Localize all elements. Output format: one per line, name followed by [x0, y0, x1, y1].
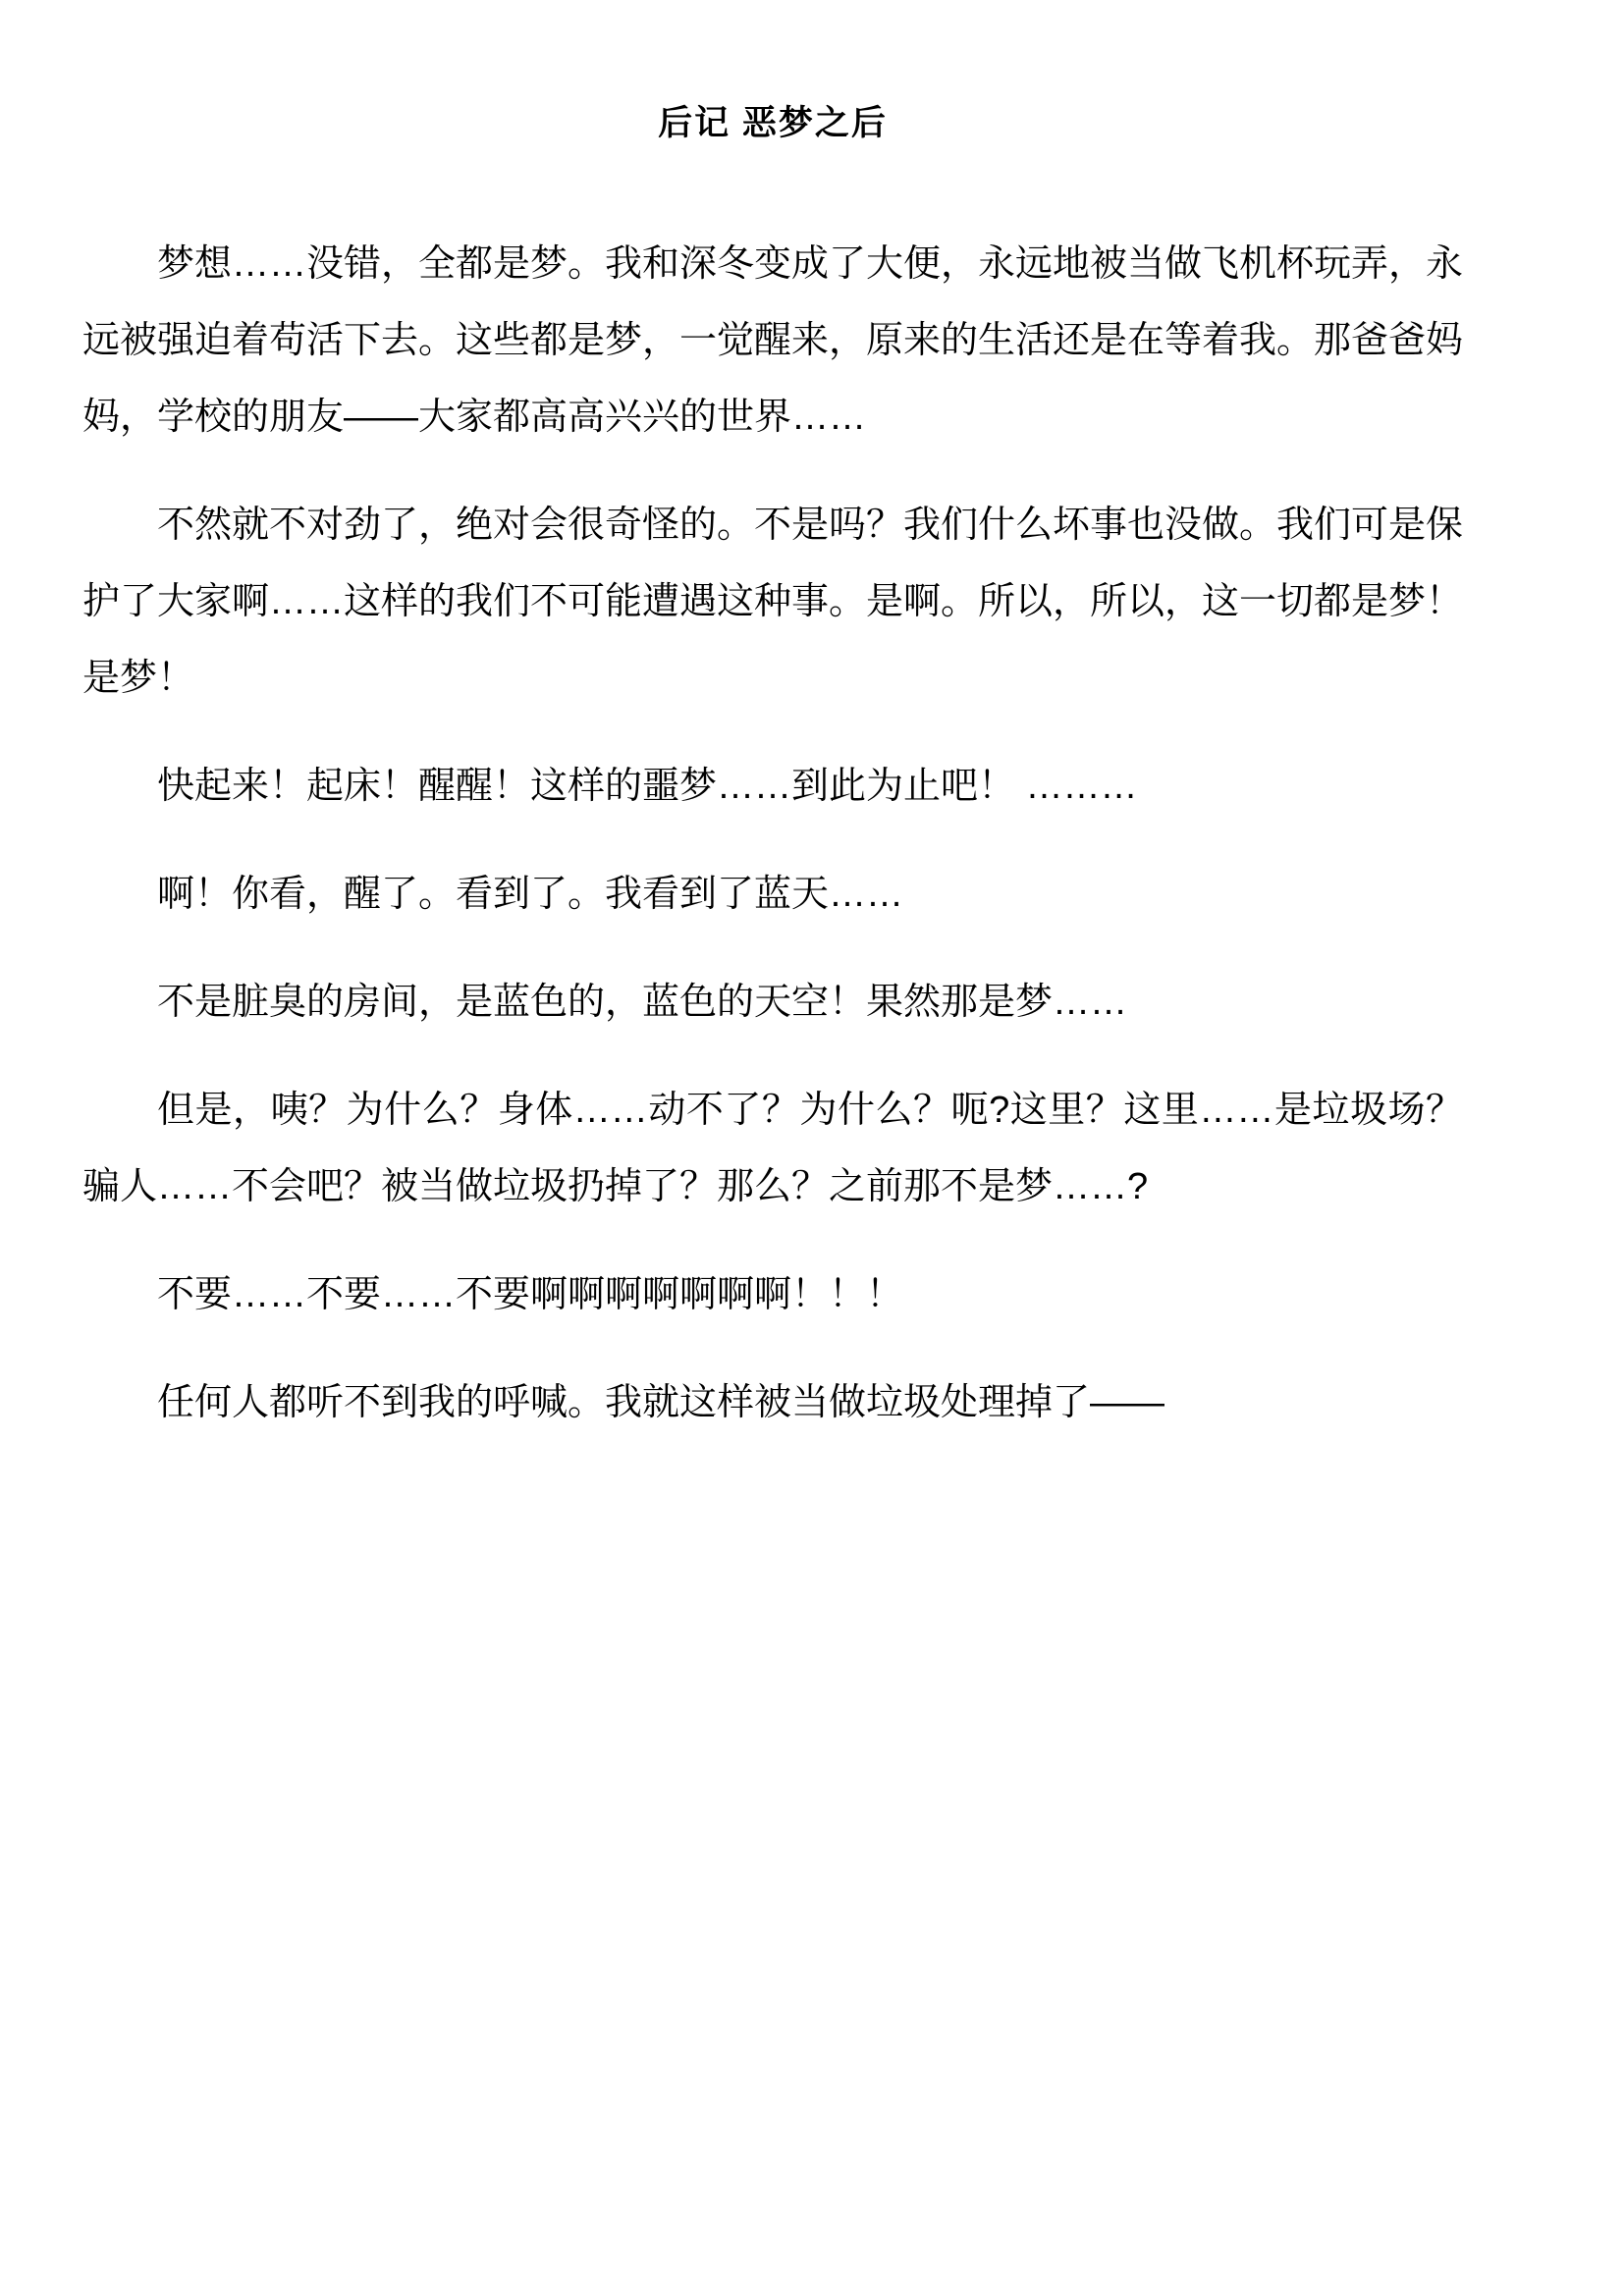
page-title: 后记 恶梦之后	[82, 102, 1463, 145]
paragraph-4: 啊！你看，醒了。看到了。我看到了蓝天……	[82, 856, 1463, 933]
paragraph-8: 任何人都听不到我的呼喊。我就这样被当做垃圾处理掉了——	[82, 1364, 1463, 1441]
paragraph-1: 梦想……没错，全都是梦。我和深冬变成了大便，永远地被当做飞机杯玩弄，永远被强迫着…	[82, 226, 1463, 455]
paragraph-3: 快起来！起床！醒醒！这样的噩梦……到此为止吧！ ………	[82, 748, 1463, 825]
paragraph-7: 不要……不要……不要啊啊啊啊啊啊啊！！！	[82, 1256, 1463, 1333]
paragraph-5: 不是脏臭的房间，是蓝色的，蓝色的天空！果然那是梦……	[82, 964, 1463, 1041]
paragraph-2: 不然就不对劲了，绝对会很奇怪的。不是吗？我们什么坏事也没做。我们可是保护了大家啊…	[82, 487, 1463, 717]
document-page: 后记 恶梦之后 梦想……没错，全都是梦。我和深冬变成了大便，永远地被当做飞机杯玩…	[0, 0, 1624, 2296]
paragraph-6: 但是，咦？为什么？身体……动不了？为什么？呃?这里？这里……是垃圾场？骗人……不…	[82, 1072, 1463, 1225]
